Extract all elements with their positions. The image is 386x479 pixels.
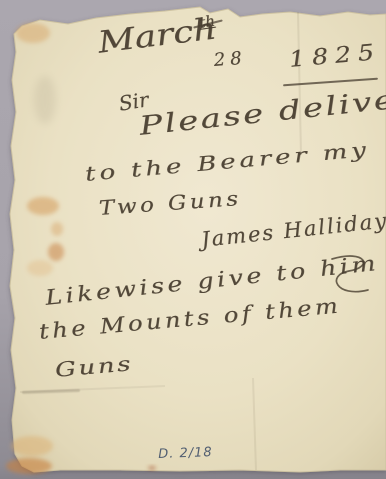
stain-mark [6, 458, 52, 474]
paper-sheet [0, 0, 386, 479]
paper-outline [10, 7, 386, 472]
stain-mark [48, 243, 64, 261]
stain-mark [16, 23, 50, 43]
archival-mark: D. 2/18 [158, 445, 213, 462]
stain-mark [27, 197, 59, 215]
stain-mark [34, 76, 56, 124]
stain-mark [148, 466, 156, 470]
scanned-letter: March th 28 1825 Sir Please deliver to t… [0, 0, 386, 479]
date-day: 28 [213, 48, 247, 71]
stain-mark [51, 222, 63, 236]
stain-mark [11, 436, 53, 456]
stain-mark [27, 260, 53, 276]
